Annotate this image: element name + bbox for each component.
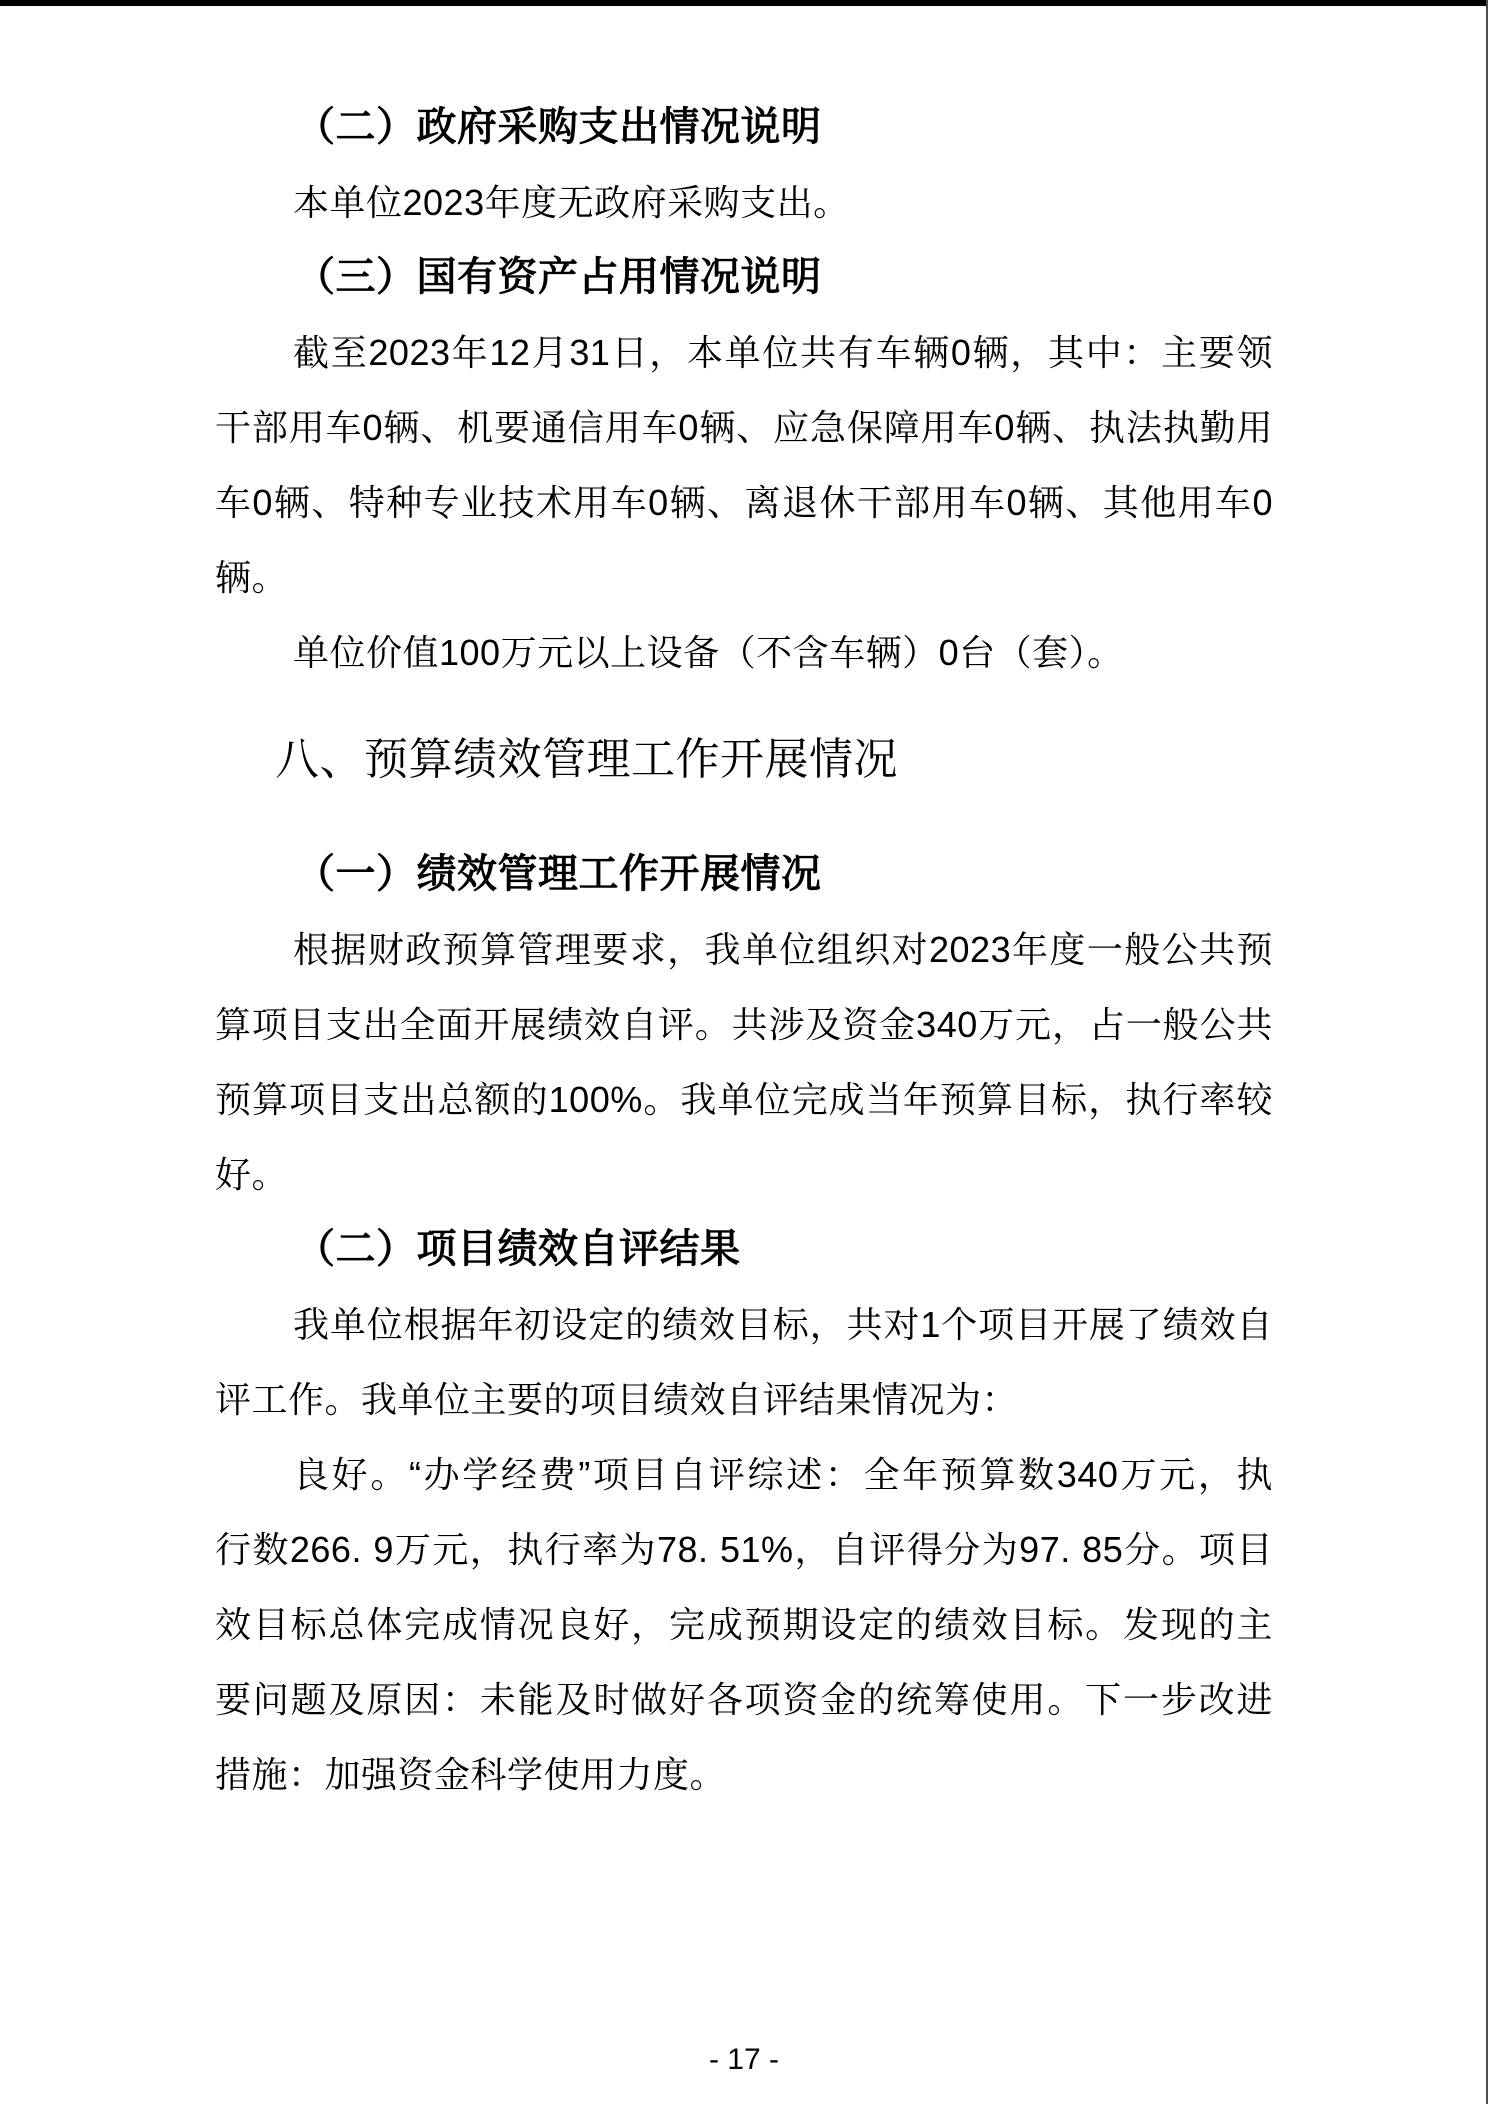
page-number: - 17 - xyxy=(0,2040,1488,2080)
para-equipment-line-1: 单位价值100万元以上设备（不含车辆）0台（套）。 xyxy=(215,615,1273,690)
page-top-edge xyxy=(0,0,1488,6)
section-heading-8: 八、预算绩效管理工作开展情况 xyxy=(215,722,1273,797)
para-performance-line-3: 预算项目支出总额的100%。我单位完成当年预算目标，执行率较 xyxy=(215,1062,1273,1137)
para-performance-line-2: 算项目支出全面开展绩效自评。共涉及资金340万元，占一般公共 xyxy=(215,987,1273,1062)
subheading-self-evaluation: （二）项目绩效自评结果 xyxy=(215,1212,1273,1287)
subheading-performance-mgmt: （一）绩效管理工作开展情况 xyxy=(215,837,1273,912)
subheading-state-assets: （三）国有资产占用情况说明 xyxy=(215,240,1273,315)
para-self-eval-line-1: 我单位根据年初设定的绩效目标，共对1个项目开展了绩效自 xyxy=(215,1287,1273,1362)
para-vehicles-line-2: 干部用车0辆、机要通信用车0辆、应急保障用车0辆、执法执勤用 xyxy=(215,390,1273,465)
para-project-result-line-3: 效目标总体完成情况良好，完成预期设定的绩效目标。发现的主 xyxy=(215,1587,1273,1662)
para-vehicles-line-3: 车0辆、特种专业技术用车0辆、离退休干部用车0辆、其他用车0 xyxy=(215,465,1273,540)
para-project-result-line-2: 行数266. 9万元，执行率为78. 51%，自评得分为97. 85分。项目绩 xyxy=(215,1512,1273,1587)
document-body: （二）政府采购支出情况说明 本单位2023年度无政府采购支出。 （三）国有资产占… xyxy=(215,90,1273,1812)
document-page: （二）政府采购支出情况说明 本单位2023年度无政府采购支出。 （三）国有资产占… xyxy=(0,0,1488,2104)
para-performance-line-1: 根据财政预算管理要求，我单位组织对2023年度一般公共预 xyxy=(215,912,1273,987)
para-project-result-line-4: 要问题及原因：未能及时做好各项资金的统筹使用。下一步改进 xyxy=(215,1662,1273,1737)
para-performance-line-4: 好。 xyxy=(215,1137,1273,1212)
subheading-gov-procurement: （二）政府采购支出情况说明 xyxy=(215,90,1273,165)
para-vehicles-line-4: 辆。 xyxy=(215,540,1273,615)
para-vehicles-line-1: 截至2023年12月31日，本单位共有车辆0辆，其中：主要领导 xyxy=(215,315,1273,390)
para-project-result-line-1: 良好。“办学经费”项目自评综述：全年预算数340万元，执 xyxy=(215,1437,1273,1512)
para-project-result-line-5: 措施：加强资金科学使用力度。 xyxy=(215,1737,1273,1812)
para-self-eval-line-2: 评工作。我单位主要的项目绩效自评结果情况为： xyxy=(215,1362,1273,1437)
para-gov-procurement-line-1: 本单位2023年度无政府采购支出。 xyxy=(215,165,1273,240)
